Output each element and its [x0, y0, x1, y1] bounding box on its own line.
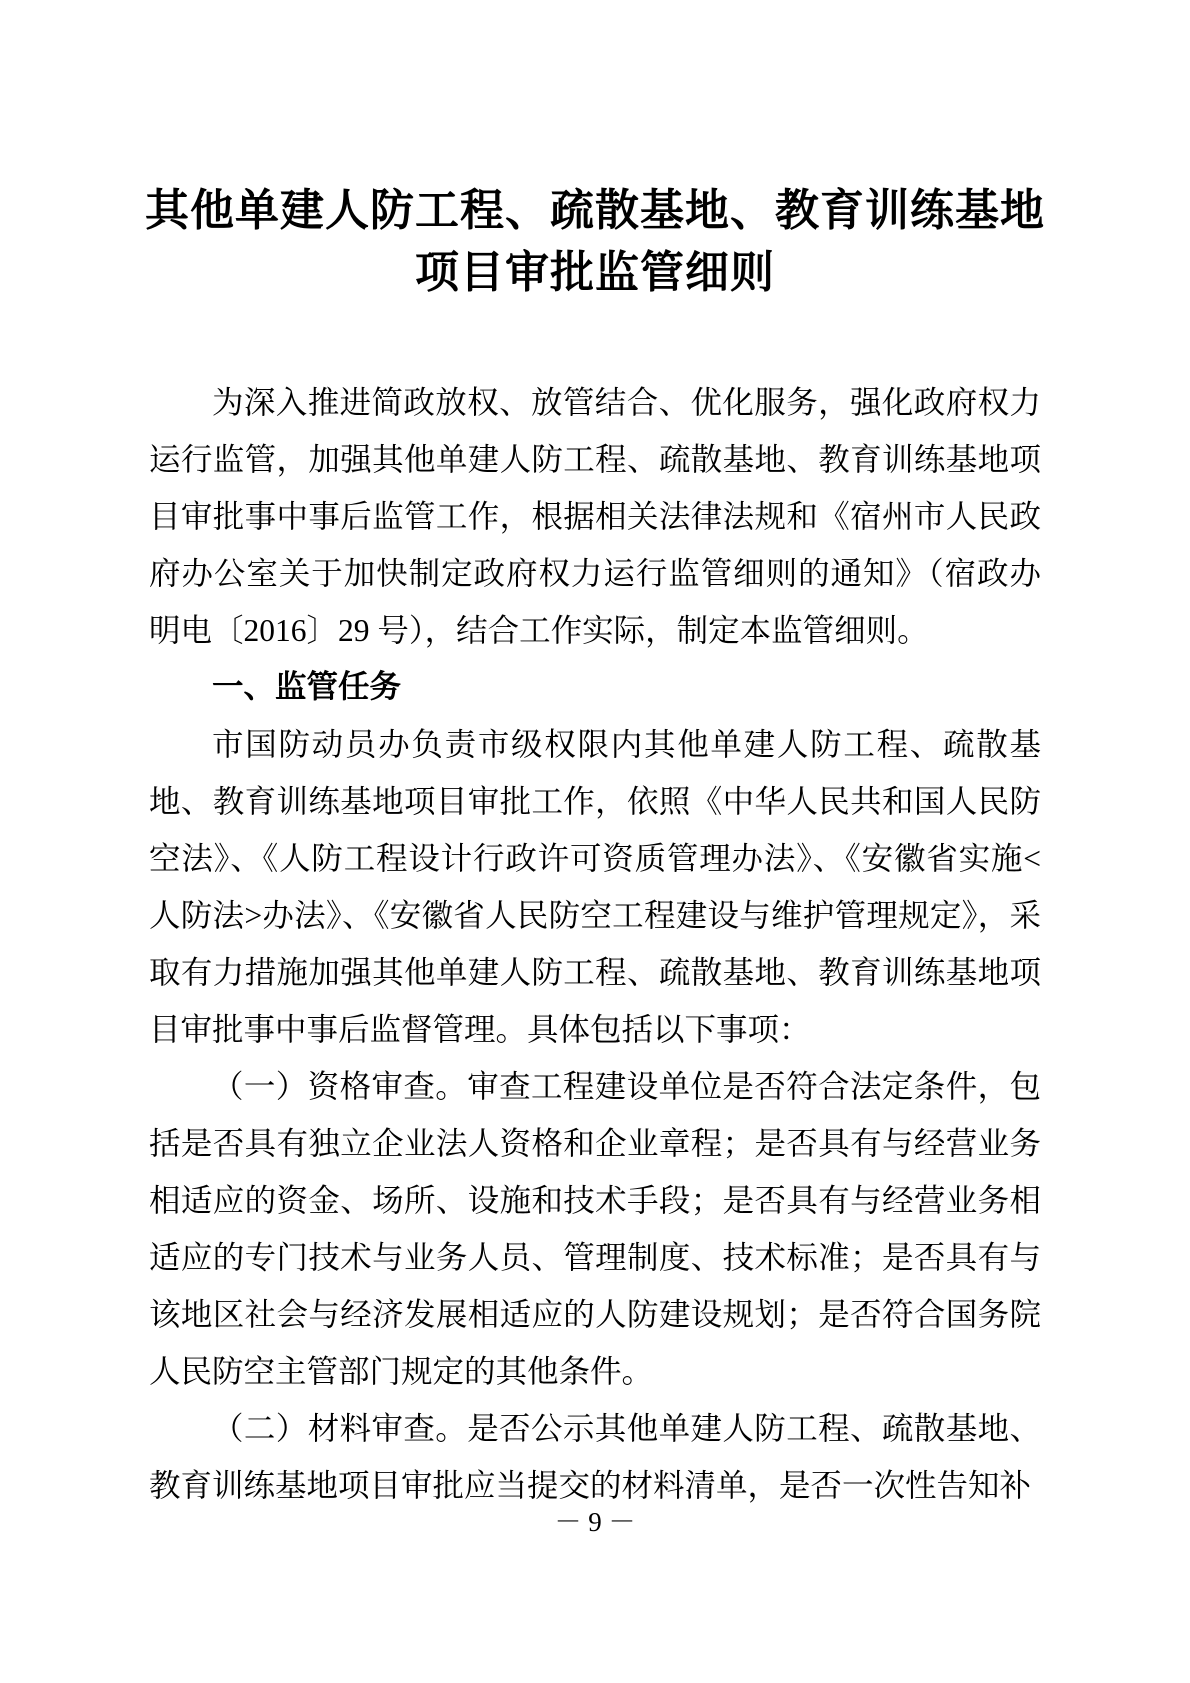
- paragraph-intro: 为深入推进简政放权、放管结合、优化服务，强化政府权力运行监管，加强其他单建人防工…: [149, 374, 1041, 659]
- document-title-line-2: 项目审批监管细则: [0, 242, 1190, 304]
- document-page: 其他单建人防工程、疏散基地、教育训练基地 项目审批监管细则 为深入推进简政放权、…: [0, 0, 1190, 1683]
- page-number: － 9 －: [0, 1502, 1190, 1542]
- paragraph-section1-intro: 市国防动员办负责市级权限内其他单建人防工程、疏散基地、教育训练基地项目审批工作，…: [149, 716, 1041, 1058]
- section-heading-supervision-tasks: 一、监管任务: [149, 659, 1041, 716]
- document-title-line-1: 其他单建人防工程、疏散基地、教育训练基地: [0, 180, 1190, 242]
- paragraph-item2-material-review: （二）材料审查。是否公示其他单建人防工程、疏散基地、教育训练基地项目审批应当提交…: [149, 1400, 1041, 1514]
- document-title: 其他单建人防工程、疏散基地、教育训练基地 项目审批监管细则: [0, 0, 1190, 304]
- document-body: 为深入推进简政放权、放管结合、优化服务，强化政府权力运行监管，加强其他单建人防工…: [149, 374, 1041, 1514]
- paragraph-item1-qualification-review: （一）资格审查。审查工程建设单位是否符合法定条件，包括是否具有独立企业法人资格和…: [149, 1058, 1041, 1400]
